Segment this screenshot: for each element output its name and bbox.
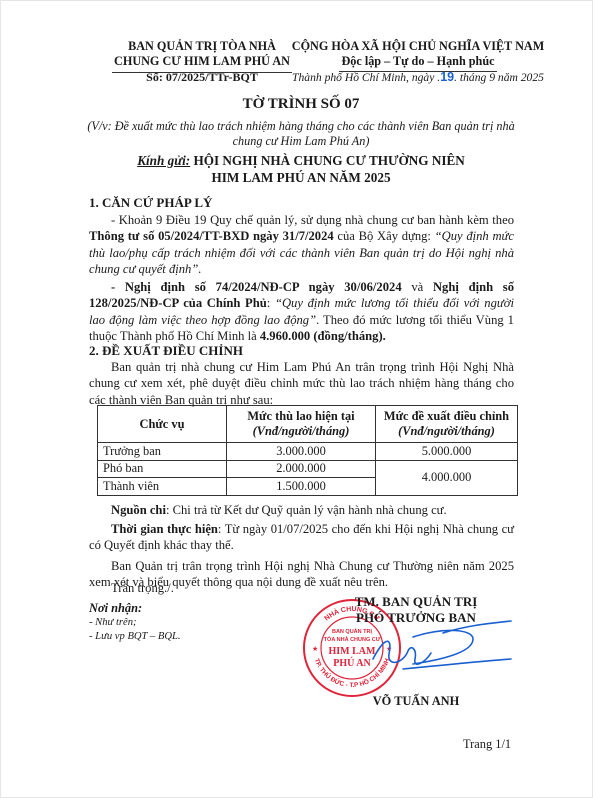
funding-source: Nguồn chi: Chi trả từ Kết dư Quỹ quản lý… <box>89 502 514 518</box>
country-name: CỘNG HÒA XÃ HỘI CHỦ NGHĨA VIỆT NAM <box>284 39 552 54</box>
handwritten-day: 19 <box>440 70 454 84</box>
table-row: Phó ban 2.000.000 4.000.000 <box>98 460 518 478</box>
handwritten-signature-icon <box>353 619 513 679</box>
recipients-heading: Nơi nhận: <box>89 601 181 616</box>
national-header: CỘNG HÒA XÃ HỘI CHỦ NGHĨA VIỆT NAM Độc l… <box>284 39 552 72</box>
document-title: TỜ TRÌNH SỐ 07 <box>81 96 521 113</box>
remuneration-table: Chức vụ Mức thù lao hiện tại(Vnđ/người/t… <box>97 405 518 496</box>
document-subject: (V/v: Đề xuất mức thù lao trách nhiệm hà… <box>81 119 521 149</box>
column-header-proposed: Mức đề xuất điều chỉnh(Vnđ/người/tháng) <box>376 406 518 443</box>
signer-name: VÕ TUẤN ANH <box>336 694 496 709</box>
effective-period: Thời gian thực hiện: Từ ngày 01/07/2025 … <box>89 521 514 554</box>
section-1-heading: 1. CĂN CỨ PHÁP LÝ <box>89 195 212 211</box>
table-row: Trưởng ban 3.000.000 5.000.000 <box>98 443 518 461</box>
section-2-heading: 2. ĐỀ XUẤT ĐIỀU CHỈNH <box>89 343 243 359</box>
list-item: - Lưu vp BQT – BQL. <box>89 630 181 645</box>
place-date: Thành phố Hồ Chí Minh, ngày .19. tháng 9… <box>284 70 552 84</box>
recipients-list: Nơi nhận: - Như trên; - Lưu vp BQT – BQL… <box>89 601 181 645</box>
proposal-intro: Ban quản trị nhà chung cư Him Lam Phú An… <box>89 359 514 408</box>
document-number: Số: 07/2025/TTr-BQT <box>93 70 311 85</box>
merged-proposed-cell: 4.000.000 <box>376 460 518 495</box>
legal-basis-paragraph-1: - Khoản 9 Điều 19 Quy chế quản lý, sử dụ… <box>89 212 514 278</box>
org-line-1: BAN QUẢN TRỊ TÒA NHÀ <box>93 39 311 54</box>
column-header-position: Chức vụ <box>98 406 227 443</box>
column-header-current: Mức thù lao hiện tại(Vnđ/người/tháng) <box>227 406 376 443</box>
legal-basis-paragraph-2: - Nghị định số 74/2024/NĐ-CP ngày 30/06/… <box>89 279 514 345</box>
organization-header: BAN QUẢN TRỊ TÒA NHÀ CHUNG CƯ HIM LAM PH… <box>93 39 311 73</box>
list-item: - Như trên; <box>89 616 181 631</box>
table-header-row: Chức vụ Mức thù lao hiện tại(Vnđ/người/t… <box>98 406 518 443</box>
page-number: Trang 1/1 <box>463 737 511 752</box>
addressee: Kính gửi: HỘI NGHỊ NHÀ CHUNG CƯ THƯỜNG N… <box>81 152 521 186</box>
svg-text:★: ★ <box>312 645 318 653</box>
document-page: BAN QUẢN TRỊ TÒA NHÀ CHUNG CƯ HIM LAM PH… <box>0 0 593 798</box>
addressee-label: Kính gửi: <box>137 153 190 168</box>
